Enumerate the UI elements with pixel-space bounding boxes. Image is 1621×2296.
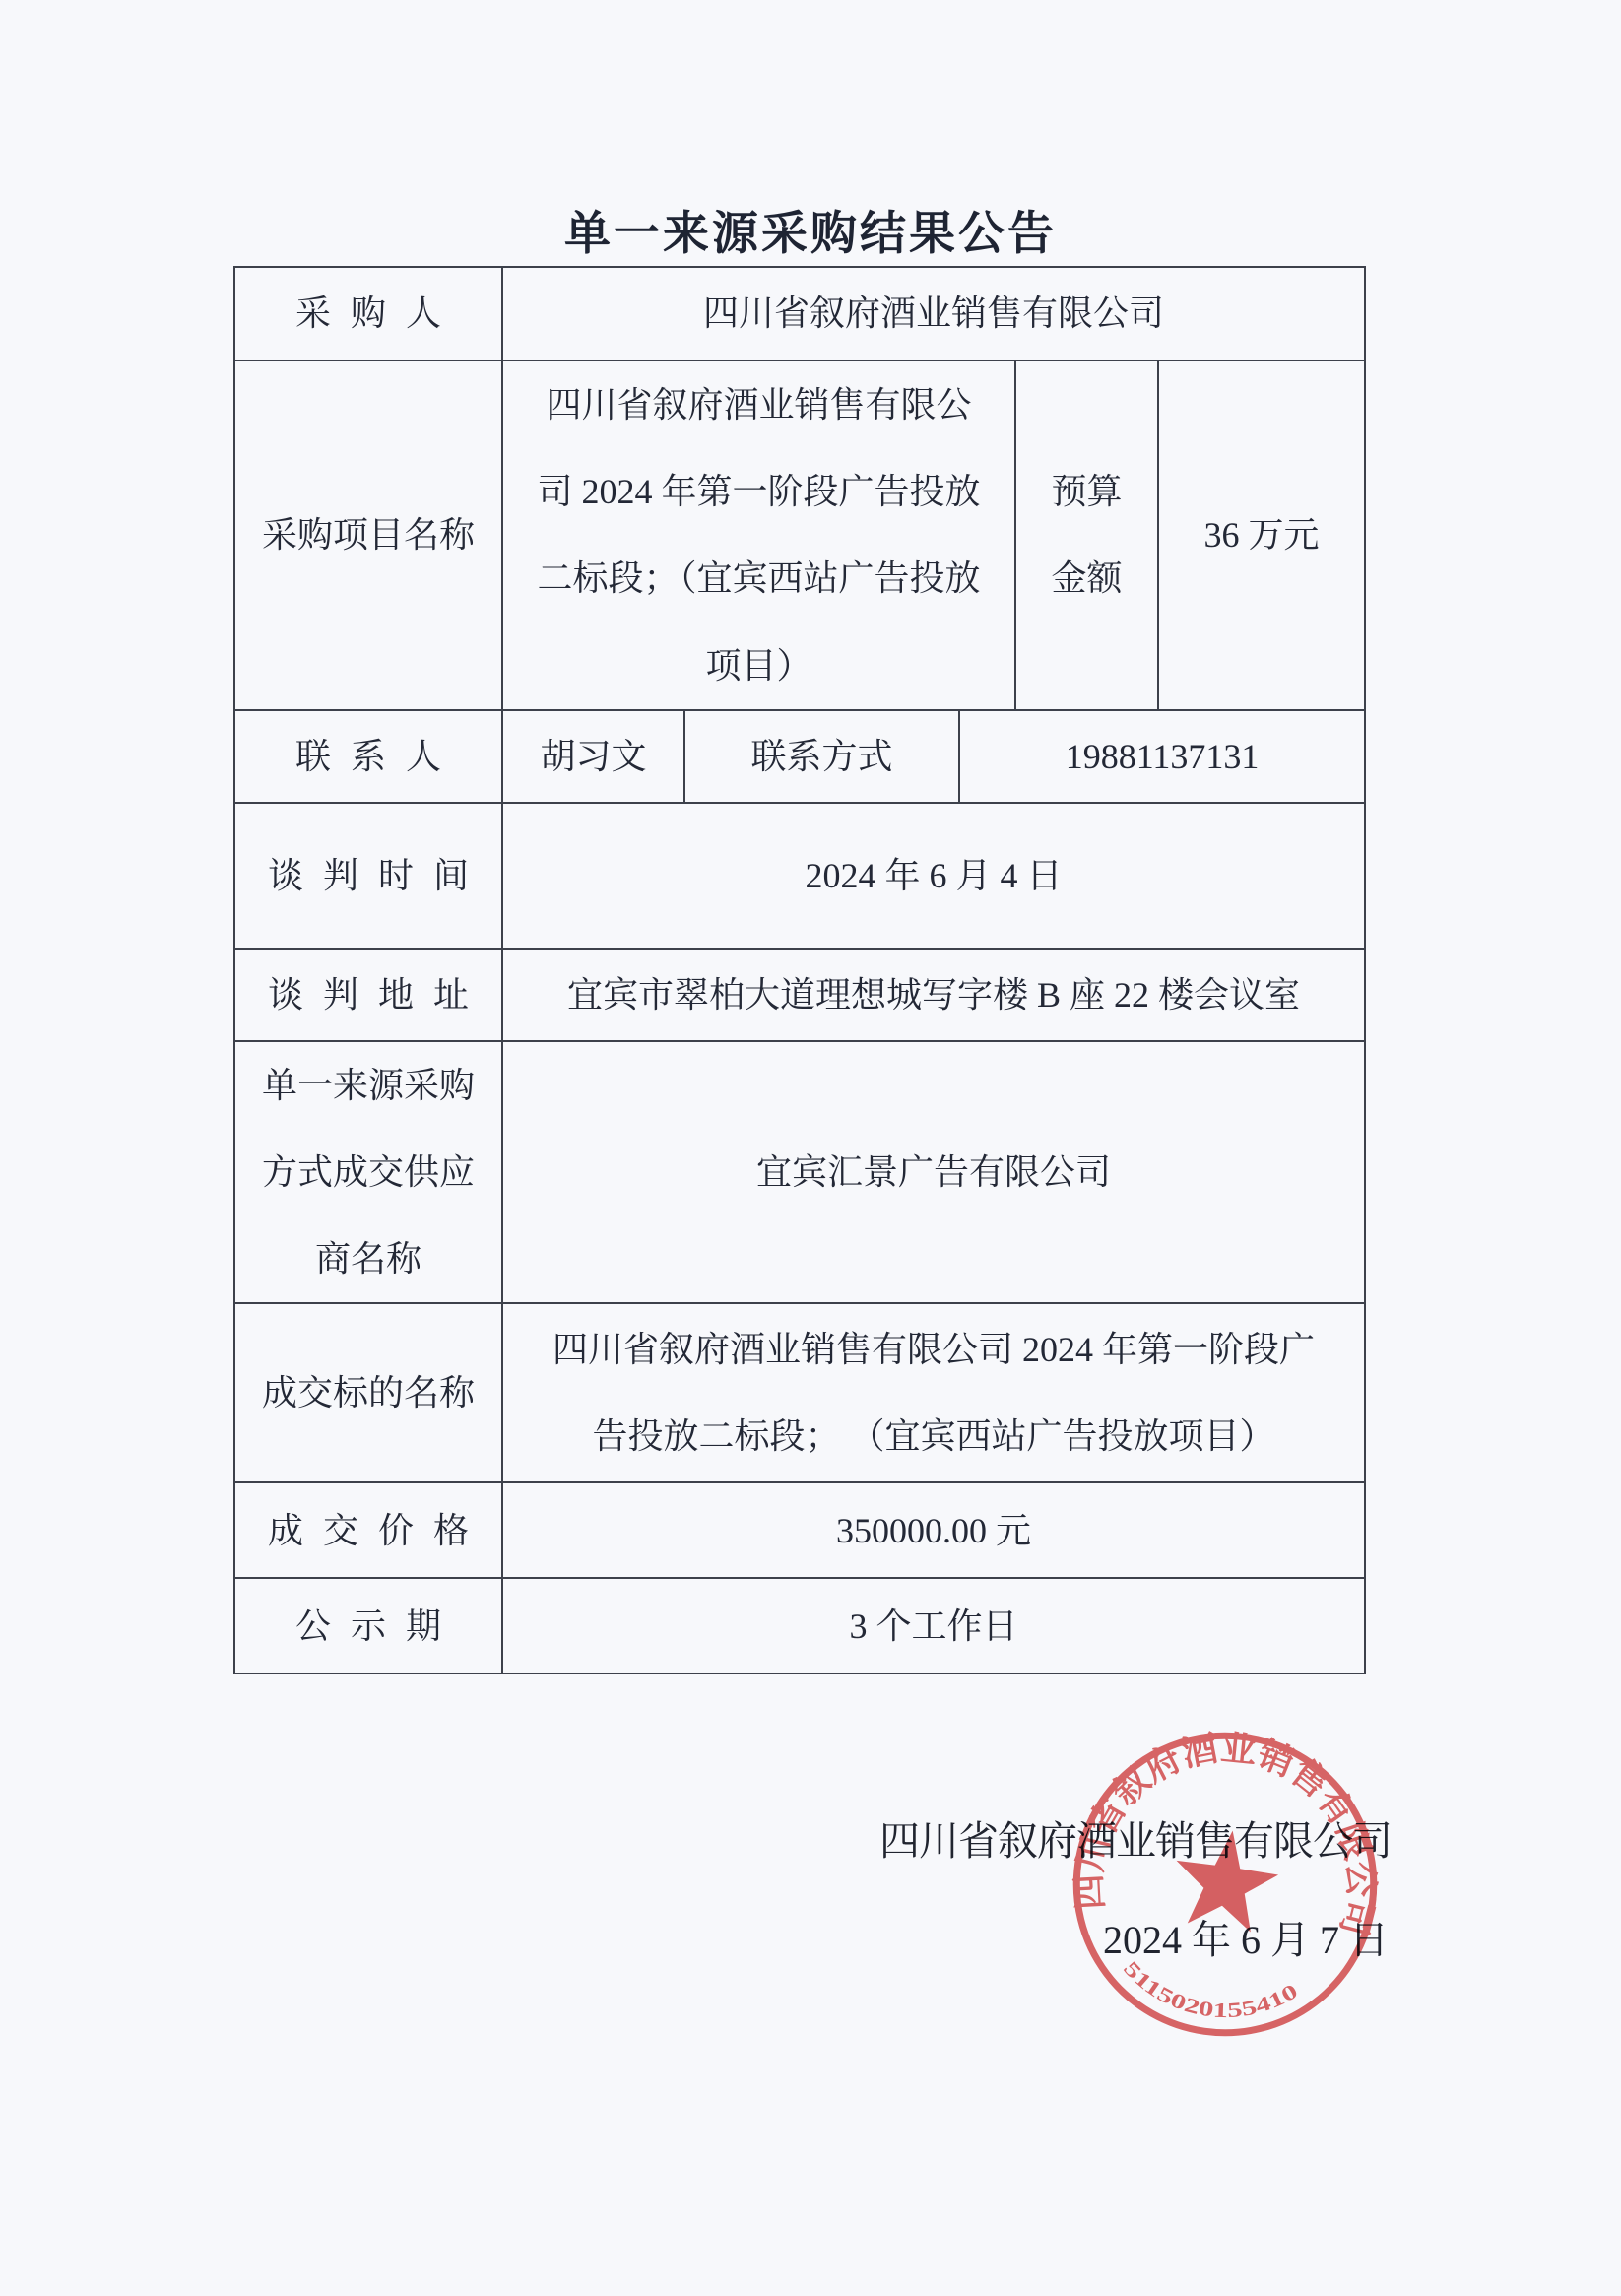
budget-value: 36 万元 [1158,361,1365,710]
supplier-value: 宜宾汇景广告有限公司 [502,1041,1365,1304]
table-row-deal-price: 成交价格 350000.00 元 [234,1482,1365,1578]
budget-label: 预算 金额 [1015,361,1158,710]
supplier-label: 单一来源采购 方式成交供应 商名称 [234,1041,502,1304]
negotiation-address-value: 宜宾市翠柏大道理想城写字楼 B 座 22 楼会议室 [502,949,1365,1041]
star-icon [1168,1823,1283,1935]
contact-method-value: 19881137131 [959,710,1365,803]
page-title: 单一来源采购结果公告 [0,197,1621,263]
deal-name-value: 四川省叙府酒业销售有限公司 2024 年第一阶段广 告投放二标段； （宜宾西站广… [502,1303,1365,1482]
company-stamp: 四川省叙府酒业销售有限公司 5115020155410 [1051,1710,1400,2060]
table-row-publicity-period: 公示期 3 个工作日 [234,1578,1365,1673]
deal-price-value: 350000.00 元 [502,1482,1365,1578]
table-row-purchaser: 采购人 四川省叙府酒业销售有限公司 [234,267,1365,361]
purchaser-value: 四川省叙府酒业销售有限公司 [502,267,1365,361]
project-value: 四川省叙府酒业销售有限公 司 2024 年第一阶段广告投放 二标段；（宜宾西站广… [502,361,1015,710]
project-label: 采购项目名称 [234,361,502,710]
table-row-supplier: 单一来源采购 方式成交供应 商名称 宜宾汇景广告有限公司 [234,1041,1365,1304]
table-row-negotiation-time: 谈判时间 2024 年 6 月 4 日 [234,803,1365,949]
procurement-result-table: 采购人 四川省叙府酒业销售有限公司 采购项目名称 四川省叙府酒业销售有限公 司 … [233,266,1366,1674]
scanned-document-page: { "page": { "title": "单一来源采购结果公告", "back… [0,0,1621,2296]
svg-text:四川省叙府酒业销售有限公司: 四川省叙府酒业销售有限公司 [1064,1710,1399,1953]
table-row-contact: 联系人 胡习文 联系方式 19881137131 [234,710,1365,803]
negotiation-address-label: 谈判地址 [234,949,502,1041]
table-row-project: 采购项目名称 四川省叙府酒业销售有限公 司 2024 年第一阶段广告投放 二标段… [234,361,1365,710]
contact-value: 胡习文 [502,710,684,803]
negotiation-time-label: 谈判时间 [234,803,502,949]
table-row-negotiation-address: 谈判地址 宜宾市翠柏大道理想城写字楼 B 座 22 楼会议室 [234,949,1365,1041]
stamp-company-arc-text: 四川省叙府酒业销售有限公司 [1064,1710,1399,1953]
publicity-period-label: 公示期 [234,1578,502,1673]
deal-price-label: 成交价格 [234,1482,502,1578]
negotiation-time-value: 2024 年 6 月 4 日 [502,803,1365,949]
publicity-period-value: 3 个工作日 [502,1578,1365,1673]
contact-method-label: 联系方式 [684,710,959,803]
contact-label: 联系人 [234,710,502,803]
table-row-deal-name: 成交标的名称 四川省叙府酒业销售有限公司 2024 年第一阶段广 告投放二标段；… [234,1303,1365,1482]
purchaser-label: 采购人 [234,267,502,361]
deal-name-label: 成交标的名称 [234,1303,502,1482]
